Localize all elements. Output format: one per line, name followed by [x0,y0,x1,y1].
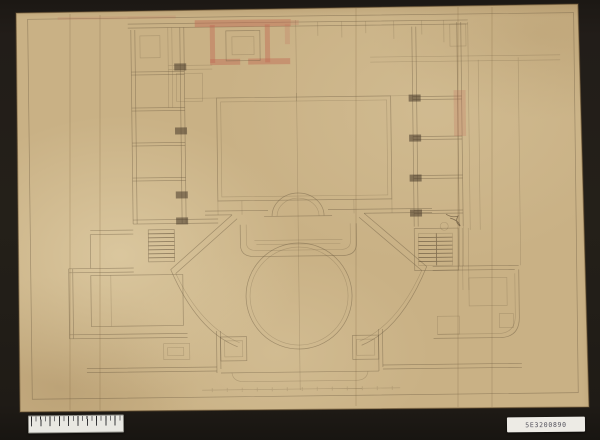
left-wing-partitions [131,71,185,181]
construction-lines [370,55,563,267]
left-corridor [133,219,218,224]
floor-plan-drawing [0,0,600,440]
right-pavilion-room [469,277,507,305]
left-pavilion-room [91,274,184,326]
left-pavilion-annex-inner [168,347,184,355]
catalog-label: 5E3200890 [507,417,585,433]
red-block-stair [226,30,260,60]
courtyard-inner [221,100,388,197]
left-small-room [140,36,160,58]
catalog-label-text: 5E3200890 [525,420,567,428]
right-pavilion-annex [437,316,459,334]
right-pavilion-inner [436,225,515,334]
north-partitions [318,20,444,44]
plan-linework [28,11,579,400]
red-wash-walls [58,12,466,141]
left-stair-treads [148,234,174,258]
scribble-circle [440,222,448,230]
right-outer-lines [468,22,481,230]
courtyard-links [185,92,414,216]
red-block-stair-inner [232,37,254,55]
south-facade [87,363,522,374]
graphic-scale [202,386,400,392]
measuring-ruler [28,414,124,433]
sheet-border [28,13,579,400]
axis-line [296,20,301,390]
courtyard [217,96,392,201]
paper-edge [16,4,589,412]
right-stair-treads [418,233,452,265]
left-pavilion-divider [111,275,112,326]
photo-frame: 5E3200890 [0,0,600,440]
right-pavilion-detail [499,313,513,327]
